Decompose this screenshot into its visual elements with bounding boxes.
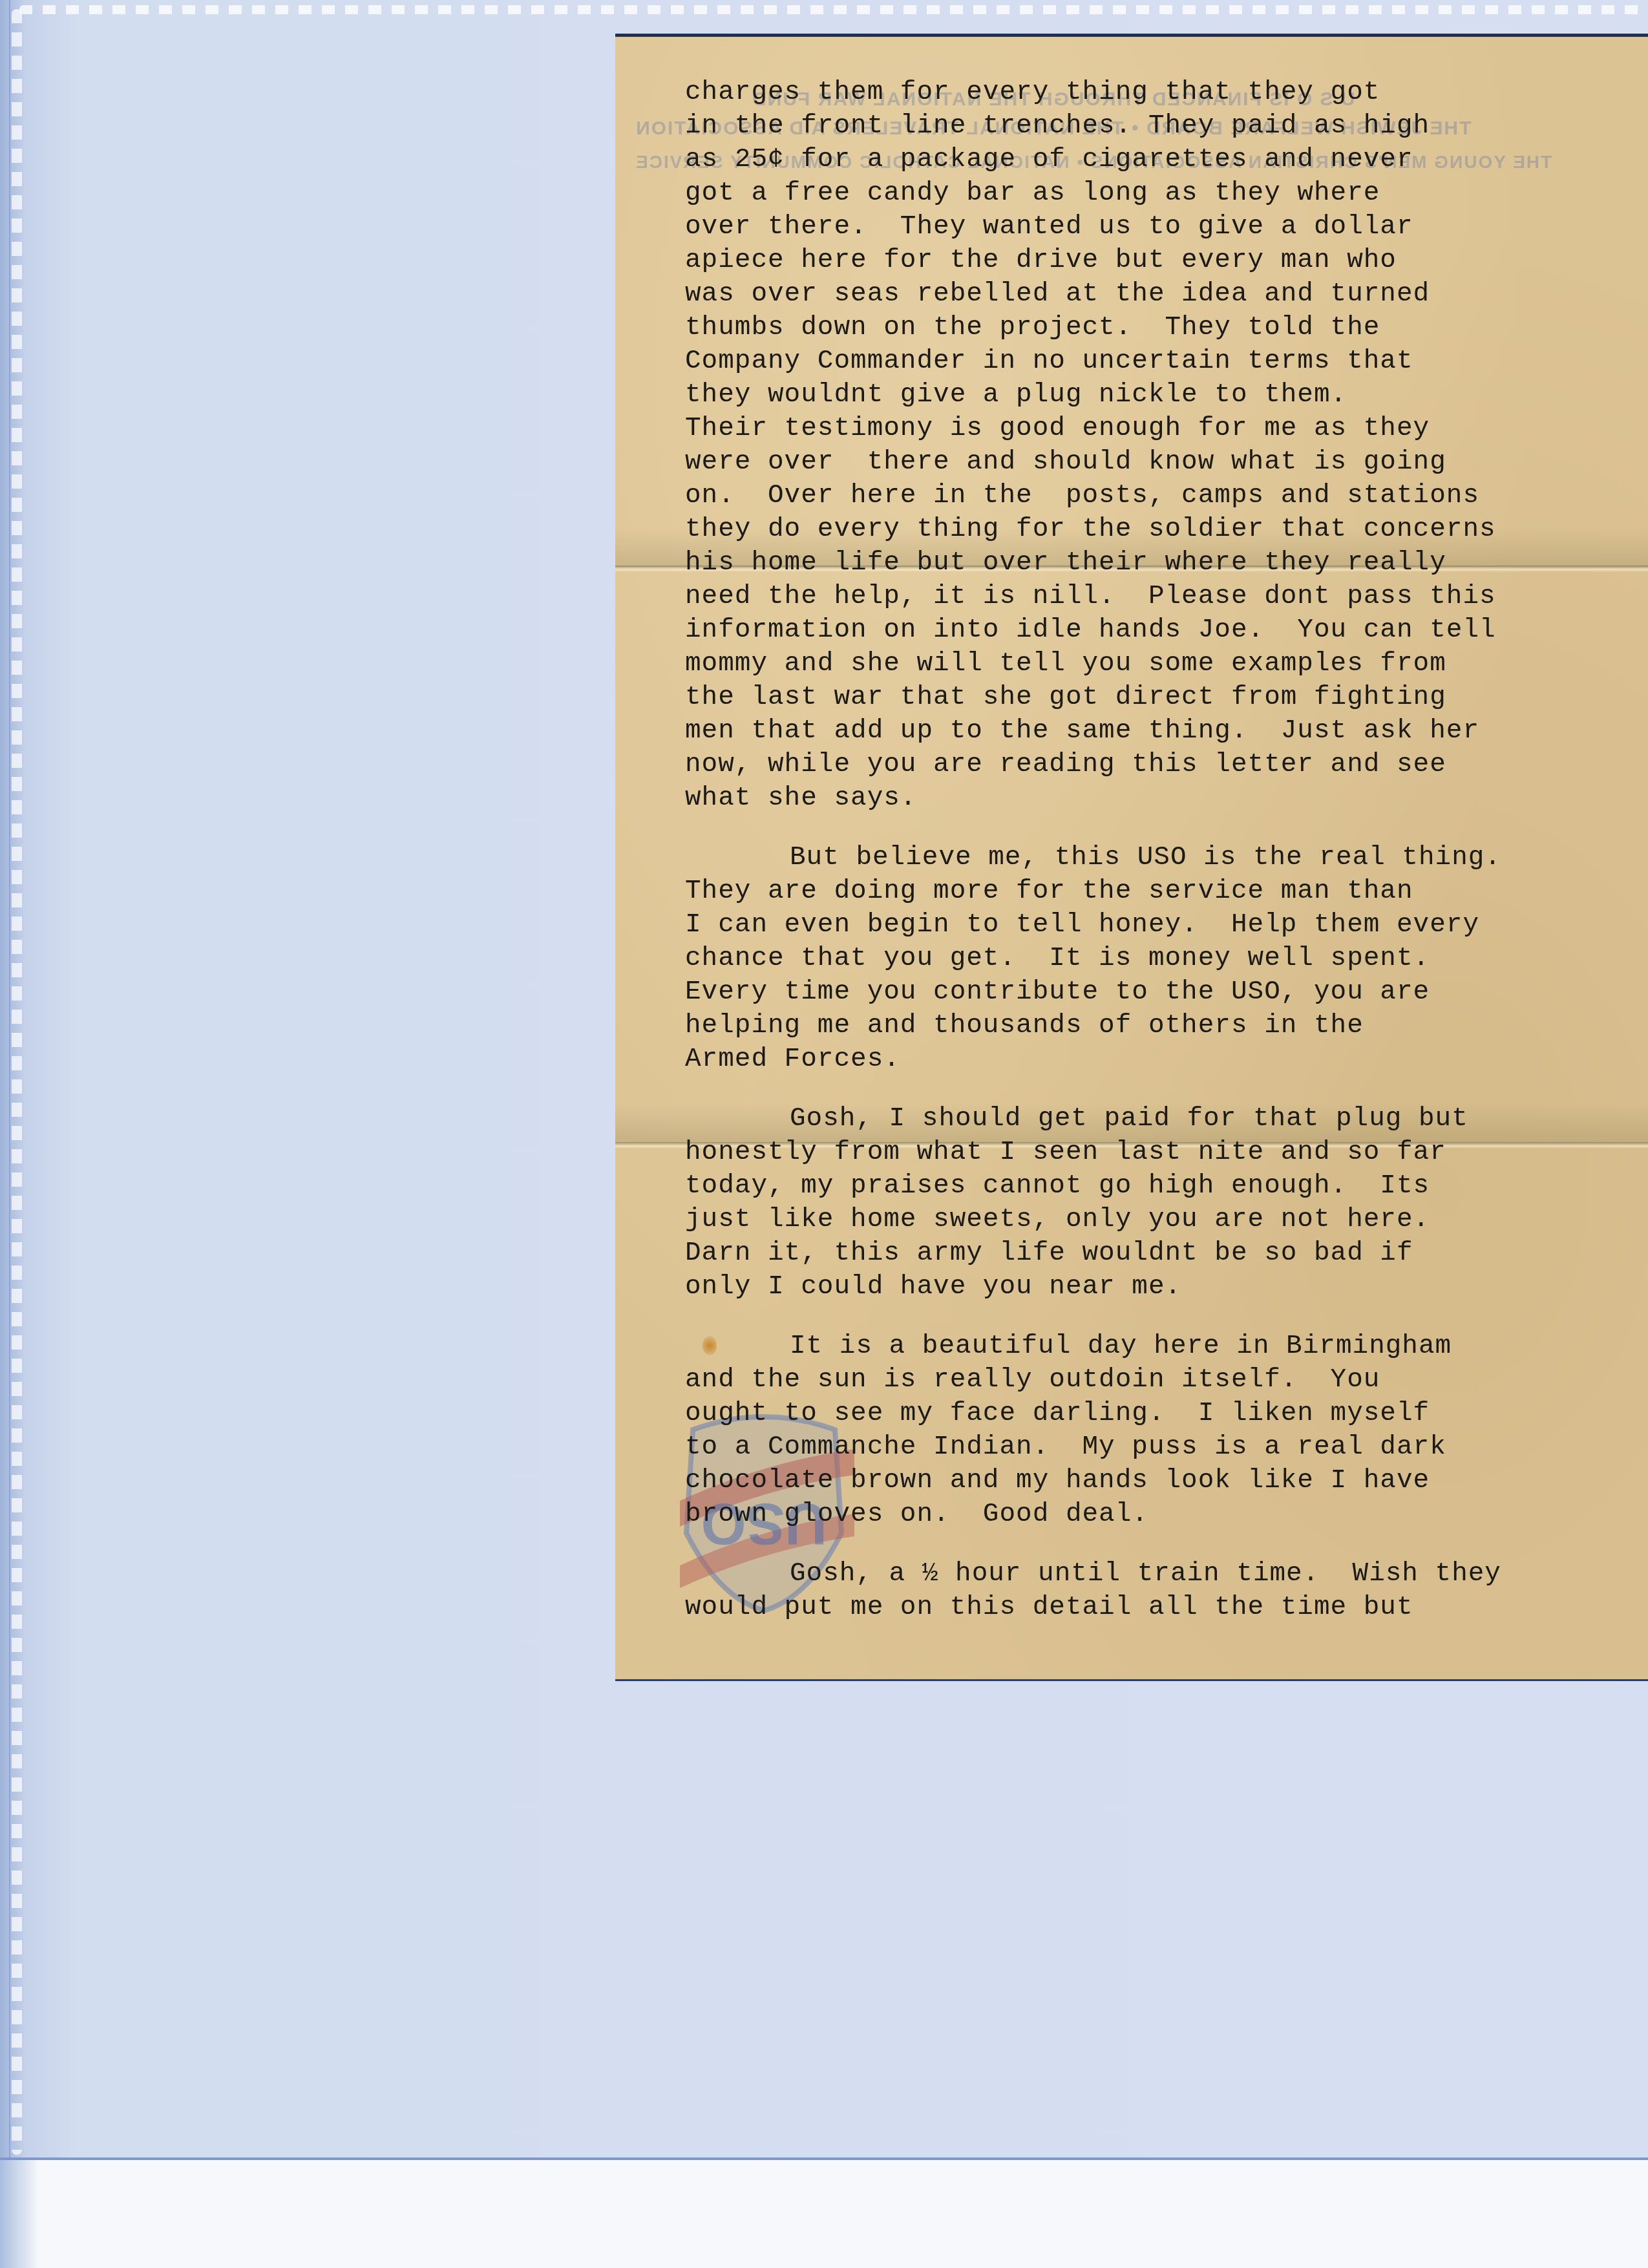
letter-line: Gosh, I should get paid for that plug bu… <box>685 1102 1642 1136</box>
sleeve-top-perforation <box>19 5 1648 14</box>
sleeve-left-perforation <box>12 9 22 2155</box>
sleeve-seam <box>9 0 10 2157</box>
paragraph-gap <box>685 1304 1642 1330</box>
letter-line: Armed Forces. <box>685 1043 1642 1076</box>
letter-line: chocolate brown and my hands look like I… <box>685 1464 1642 1498</box>
letter-line: Company Commander in no uncertain terms … <box>685 344 1642 378</box>
letter-line: I can even begin to tell honey. Help the… <box>685 908 1642 942</box>
letter-line: But believe me, this USO is the real thi… <box>685 841 1642 874</box>
letter-line: just like home sweets, only you are not … <box>685 1203 1642 1236</box>
letter-line: his home life but over their where they … <box>685 546 1642 580</box>
letter-line: the last war that she got direct from fi… <box>685 681 1642 714</box>
letter-line: It is a beautiful day here in Birmingham <box>685 1330 1642 1363</box>
letter-line: was over seas rebelled at the idea and t… <box>685 277 1642 311</box>
letter-line: need the help, it is nill. Please dont p… <box>685 580 1642 613</box>
paragraph-gap <box>685 1076 1642 1102</box>
letter-line: now, while you are reading this letter a… <box>685 748 1642 781</box>
letter-line: men that add up to the same thing. Just … <box>685 714 1642 748</box>
letter-line: they wouldnt give a plug nickle to them. <box>685 378 1642 412</box>
scanner-bed-shadow <box>0 2160 39 2268</box>
letter-line: today, my praises cannot go high enough.… <box>685 1169 1642 1203</box>
letter-line: and the sun is really outdoin itself. Yo… <box>685 1363 1642 1397</box>
letter-line: as 25¢ for a package of cigarettes and n… <box>685 143 1642 176</box>
letter-line: information on into idle hands Joe. You … <box>685 613 1642 647</box>
letter-line: honestly from what I seen last nite and … <box>685 1136 1642 1169</box>
letter-line: on. Over here in the posts, camps and st… <box>685 479 1642 513</box>
letter-line: helping me and thousands of others in th… <box>685 1009 1642 1043</box>
letter-line: what she says. <box>685 781 1642 815</box>
letter-line: brown gloves on. Good deal. <box>685 1498 1642 1531</box>
letter-page: U S O IS FINANCED THROUGH THE NATIONAL W… <box>615 34 1648 1681</box>
paragraph-gap <box>685 815 1642 841</box>
paragraph-gap <box>685 1531 1642 1557</box>
letter-line: apiece here for the drive but every man … <box>685 244 1642 277</box>
letter-line: over there. They wanted us to give a dol… <box>685 210 1642 244</box>
letter-line: they do every thing for the soldier that… <box>685 513 1642 546</box>
letter-line: in the front line trenches. They paid as… <box>685 109 1642 143</box>
letter-line: Darn it, this army life wouldnt be so ba… <box>685 1236 1642 1270</box>
letter-line: Their testimony is good enough for me as… <box>685 412 1642 445</box>
letter-body: charges them for every thing that they g… <box>685 76 1642 1624</box>
letter-line: ought to see my face darling. I liken my… <box>685 1397 1642 1430</box>
letter-line: would put me on this detail all the time… <box>685 1591 1642 1624</box>
letter-line: were over there and should know what is … <box>685 445 1642 479</box>
letter-line: They are doing more for the service man … <box>685 874 1642 908</box>
letter-line: to a Commanche Indian. My puss is a real… <box>685 1430 1642 1464</box>
letter-line: charges them for every thing that they g… <box>685 76 1642 109</box>
letter-line: got a free candy bar as long as they whe… <box>685 176 1642 210</box>
archival-sleeve: U S O IS FINANCED THROUGH THE NATIONAL W… <box>0 0 1648 2160</box>
letter-line: Every time you contribute to the USO, yo… <box>685 975 1642 1009</box>
letter-line: only I could have you near me. <box>685 1270 1642 1304</box>
letter-line: mommy and she will tell you some example… <box>685 647 1642 681</box>
letter-line: chance that you get. It is money well sp… <box>685 942 1642 975</box>
letter-line: thumbs down on the project. They told th… <box>685 311 1642 344</box>
letter-line: Gosh, a ½ hour until train time. Wish th… <box>685 1557 1642 1591</box>
